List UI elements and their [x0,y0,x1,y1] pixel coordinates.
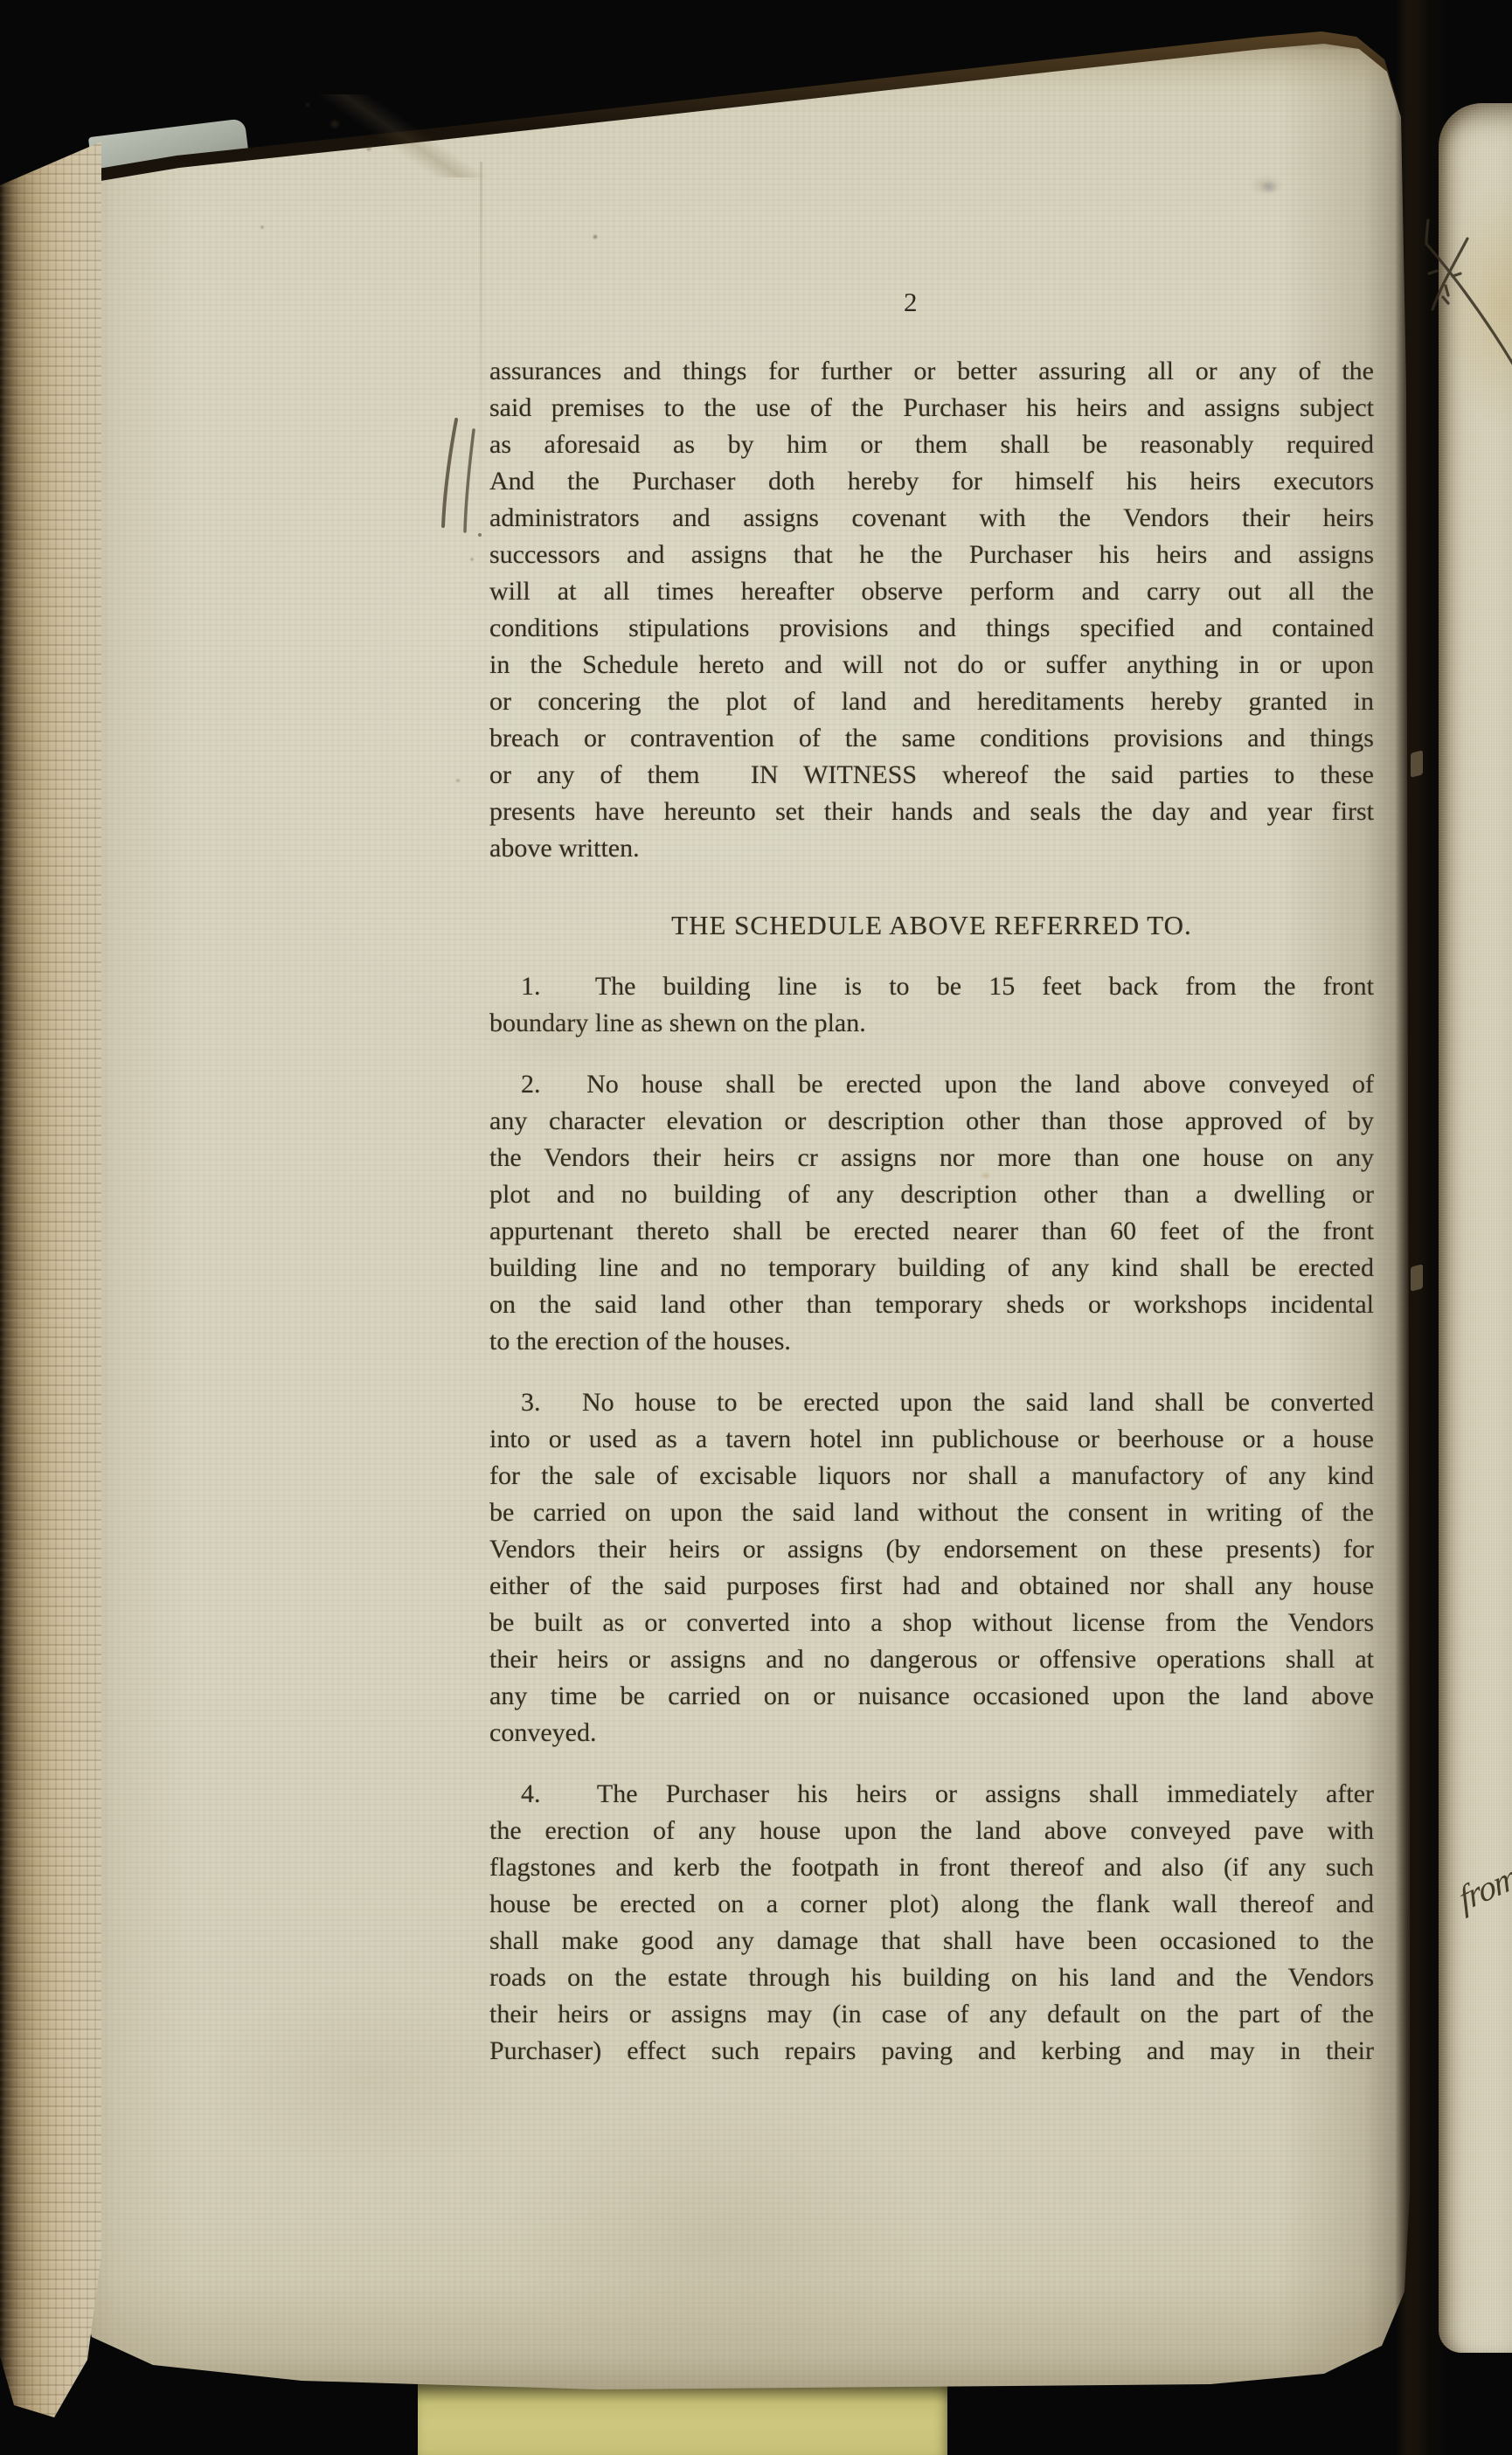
text-line: shall make good any damage that shall ha… [489,1923,1374,1959]
text-line: will at all times hereafter observe perf… [489,573,1374,610]
schedule-heading: THE SCHEDULE ABOVE REFERRED TO. [489,907,1374,944]
next-page-edge [1439,103,1512,2353]
text-line: or concering the plot of land and heredi… [489,683,1374,720]
text-line: boundary line as shewn on the plan. [489,1005,1374,1042]
schedule-item-4: 4. The Purchaser his heirs or assigns sh… [489,1776,1374,2070]
text-block: assurances and things for further or bet… [489,353,1374,2070]
schedule-item-3: 3. No house to be erected upon the said … [489,1384,1374,1751]
text-line: conditions stipulations provisions and t… [489,610,1374,647]
text-line: 4. The Purchaser his heirs or assigns sh… [489,1776,1374,1813]
schedule-item-2: 2. No house shall be erected upon the la… [489,1066,1374,1360]
text-line: Vendors their heirs or assigns (by endor… [489,1531,1374,1568]
schedule-item-1: 1. The building line is to be 15 feet ba… [489,968,1374,1042]
text-line: said premises to the use of the Purchase… [489,390,1374,427]
book-scan: from 2 assurances and things for further… [0,0,1512,2455]
text-line: administrators and assigns covenant with… [489,500,1374,537]
text-line: any character elevation or description o… [489,1103,1374,1140]
text-line: presents have hereunto set their hands a… [489,794,1374,830]
text-line: on the said land other than temporary sh… [489,1286,1374,1323]
text-line: plot and no building of any description … [489,1176,1374,1213]
yellow-bookmark-tab [418,2384,947,2455]
text-line: building line and no temporary building … [489,1250,1374,1286]
text-line: assurances and things for further or bet… [489,353,1374,390]
text-line: either of the said purposes first had an… [489,1568,1374,1605]
text-line: their heirs or assigns may (in case of a… [489,1996,1374,2033]
text-line: the Vendors their heirs cr assigns nor m… [489,1140,1374,1176]
text-line: any time be carried on or nuisance occas… [489,1678,1374,1715]
binding-stitch [1411,750,1423,777]
text-line: roads on the estate through his building… [489,1959,1374,1996]
text-line: house be erected on a corner plot) along… [489,1886,1374,1923]
binding-stitch [1411,1264,1423,1291]
margin-double-stroke-icon [430,411,491,551]
text-line: be carried on upon the said land without… [489,1494,1374,1531]
text-line: the erection of any house upon the land … [489,1813,1374,1849]
text-line: into or used as a tavern hotel inn publi… [489,1421,1374,1458]
text-line: to the erection of the houses. [489,1323,1374,1360]
text-line: 1. The building line is to be 15 feet ba… [489,968,1374,1005]
text-line: successors and assigns that he the Purch… [489,537,1374,573]
text-line: for the sale of excisable liquors nor sh… [489,1458,1374,1494]
text-line: be built as or converted into a shop wit… [489,1605,1374,1641]
text-line: as aforesaid as by him or them shall be … [489,427,1374,463]
page-number: 2 [904,287,918,318]
text-line: breach or contravention of the same cond… [489,720,1374,757]
text-line: or any of them IN WITNESS whereof the sa… [489,757,1374,794]
text-line: 2. No house shall be erected upon the la… [489,1066,1374,1103]
text-line: Purchaser) effect such repairs paving an… [489,2033,1374,2070]
text-line: appurtenant thereto shall be erected nea… [489,1213,1374,1250]
text-line: flagstones and kerb the footpath in fron… [489,1849,1374,1886]
text-line: 3. No house to be erected upon the said … [489,1384,1374,1421]
opening-paragraph: assurances and things for further or bet… [489,353,1374,867]
text-line: conveyed. [489,1715,1374,1751]
page-edges-left [0,0,101,2455]
text-line: their heirs or assigns and no dangerous … [489,1641,1374,1678]
x-mark-icon [1397,199,1512,420]
text-line: in the Schedule hereto and will not do o… [489,647,1374,683]
text-line: And the Purchaser doth hereby for himsel… [489,463,1374,500]
text-line: above written. [489,830,1374,867]
